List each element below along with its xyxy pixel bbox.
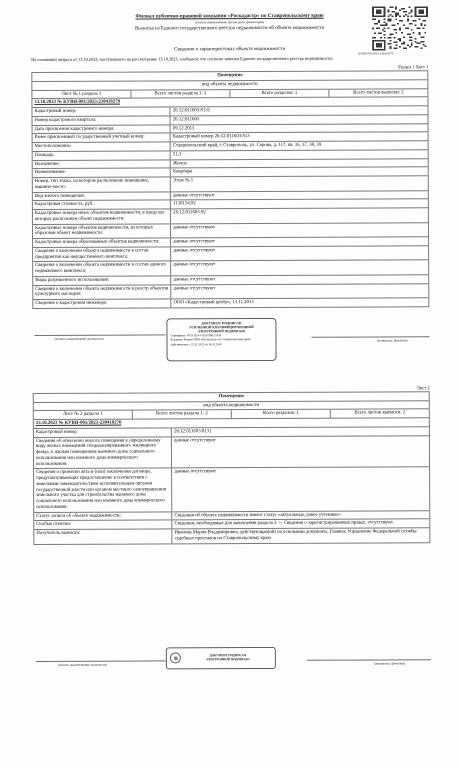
row-label: Кадастровые номера иных объектов недвижи… xyxy=(33,209,171,223)
qr-caption: КУВИ-001/2023-230410270 xyxy=(358,51,428,55)
table-row: Площадь: 51,3 xyxy=(33,149,428,159)
initials-caption: (инициалы, фамилия) xyxy=(377,338,407,342)
table-row: Получатель выписки: Иванова Мария Владим… xyxy=(34,527,429,543)
row-label: Кадастровые номера образованных объектов… xyxy=(33,238,171,246)
initials-caption: (инициалы, фамилия) xyxy=(374,661,404,665)
sheet-info-cell: Всего листов выписки: 2 xyxy=(331,410,429,418)
row-value: 26:12:011603 xyxy=(171,115,428,124)
row-value: Квартира xyxy=(171,168,428,177)
row-label: Площадь: xyxy=(33,151,171,159)
row-label: Особые отметки: xyxy=(34,521,172,529)
row-value: 26:12:011603:8131 xyxy=(171,106,428,115)
row-label: Вид жилого помещения: xyxy=(33,192,171,200)
row-label: Назначение: xyxy=(33,160,171,168)
signature-line-right xyxy=(307,659,431,661)
table-rows: Кадастровый номер: 26:12:011603:8131 Све… xyxy=(34,426,430,543)
coat-of-arms-icon xyxy=(170,652,181,663)
row-label: Кадастровые номера объектов недвижимости… xyxy=(33,224,171,238)
row-value: Иванова Мария Владимировна, действующая(… xyxy=(173,528,430,543)
row-value: данные отсутствуют xyxy=(171,261,428,276)
row-value: 1130154,92 xyxy=(171,200,428,209)
row-label: Кадастровый номер: xyxy=(32,107,170,115)
row-label: Наименование: xyxy=(33,169,171,177)
table-row: Вид жилого помещения: данные отсутствуют xyxy=(33,190,428,200)
table-row: Статус записи об объекте недвижимости: С… xyxy=(34,510,429,520)
position-caption: (полное наименование должности) xyxy=(58,662,107,666)
row-value: Кадастровый номер 26:12:011603:813 xyxy=(171,133,428,142)
row-label: Местоположение: xyxy=(33,142,171,150)
row-value: Этаж № 1 xyxy=(171,176,428,191)
table-row: Номер, тип этажа, на котором расположено… xyxy=(33,175,428,191)
table-row: Наименование: Квартира xyxy=(33,167,428,177)
row-label: Получатель выписки: xyxy=(34,529,172,543)
sheet-info-cell: Всего листов выписки: 2 xyxy=(329,89,427,97)
table-row: Сведения об отнесении жилого помещения к… xyxy=(34,435,429,468)
table-row: Особые отметки: Сведения, необходимые дл… xyxy=(34,519,429,529)
signature-block-1: (полное наименование должности) ДОКУМЕНТ… xyxy=(32,315,429,371)
sheet-info-cell: Лист № 1 раздела 1 xyxy=(32,90,131,98)
table-row: Кадастровые номера иных объектов недвижи… xyxy=(33,207,428,223)
sheet-info-cell: Всего листов раздела 1: 2 xyxy=(133,410,232,418)
row-value: ООО «Кадастровый центр», 13.11.2013 xyxy=(172,298,429,307)
table-row: Сведения о включении объекта недвижимост… xyxy=(33,283,428,299)
row-value: 26:12:011603:92 xyxy=(171,208,428,223)
table-row: Сведения о кадастровом инженере: ООО «Ка… xyxy=(33,297,428,307)
table-row: Местоположение: Ставропольский край, г. … xyxy=(33,140,428,150)
row-value: данные отсутствуют xyxy=(171,223,428,238)
stamp-title-line: ЭЛЕКТРОННОЙ ПОДПИСЬЮ xyxy=(184,658,272,662)
table-row: Ранее присвоенный государственный учетны… xyxy=(33,132,428,142)
sheet-info-row: Лист № 2 раздела 1Всего листов раздела 1… xyxy=(34,409,429,419)
position-caption: (полное наименование должности) xyxy=(54,337,103,341)
row-label: Дата присвоения кадастрового номера: xyxy=(33,125,171,133)
row-value: данные отсутствуют xyxy=(172,436,429,468)
sheet-info-cell: Всего листов раздела 1: 2 xyxy=(131,90,230,98)
row-label: Сведения о кадастровом инженере: xyxy=(33,299,171,307)
row-label: Кадастровая стоимость, руб.: xyxy=(33,201,171,209)
row-label: Сведения о принятии акта и (или) заключе… xyxy=(34,469,172,512)
row-value: данные отсутствуют xyxy=(171,191,428,200)
digital-signature-stamp: ДОКУМЕНТ ПОДПИСАН УСИЛЕННОЙ КВАЛИФИЦИРОВ… xyxy=(166,318,276,361)
digital-signature-stamp: ДОКУМЕНТ ПОДПИСАН ЭЛЕКТРОННОЙ ПОДПИСЬЮ xyxy=(166,647,276,669)
sheet-info-cell: Лист № 2 раздела 1 xyxy=(34,411,133,419)
stamp-text: ДОКУМЕНТ ПОДПИСАН ЭЛЕКТРОННОЙ ПОДПИСЬЮ xyxy=(184,654,272,662)
table-row: Виды разрешенного использования: данные … xyxy=(33,274,428,284)
table-row: Кадастровая стоимость, руб.: 1130154,92 xyxy=(33,199,428,209)
request-basis-line: На основании запроса от 13.10.2023, пост… xyxy=(31,55,428,62)
sheet-info-cell: Всего разделов: 1 xyxy=(232,410,331,418)
row-value: 09.12.2013 xyxy=(171,124,428,133)
table-row: Кадастровый номер: 26:12:011603:8131 xyxy=(34,426,429,436)
row-label: Виды разрешенного использования: xyxy=(33,276,171,284)
row-value: данные отсутствуют xyxy=(171,275,428,284)
document-title: Выписка из Единого государственного реес… xyxy=(31,26,428,34)
row-value: данные отсутствуют xyxy=(171,246,428,261)
sheet-info-row: Лист № 1 раздела 1Всего листов раздела 1… xyxy=(32,88,427,98)
row-label: Сведения о включении объекта недвижимост… xyxy=(33,262,171,276)
row-value: данные отсутствуют xyxy=(171,237,428,246)
row-value: Ставропольский край, г. Ставрополь, ул. … xyxy=(171,141,428,150)
table-row: Сведения о включении объекта недвижимост… xyxy=(33,245,428,261)
row-label: Сведения о включении объекта недвижимост… xyxy=(33,285,171,299)
stamp-validity: Действителен: с 21.11.2022 по 14.02.2024 xyxy=(170,343,272,347)
signature-block-2: (полное наименование должности) ДОКУМЕНТ… xyxy=(34,645,431,681)
row-label: Сведения об отнесении жилого помещения к… xyxy=(34,437,172,468)
row-label: Статус записи об объекте недвижимости: xyxy=(34,512,172,520)
row-label: Ранее присвоенный государственный учетны… xyxy=(33,134,171,142)
row-label: Номер кадастрового квартала: xyxy=(33,116,171,124)
authority-caption: (полное наименование органа регистрации … xyxy=(31,19,428,25)
qr-code xyxy=(372,6,428,50)
sheet-info-cell: Всего разделов: 1 xyxy=(230,89,329,97)
table-row: Кадастровые номера объектов недвижимости… xyxy=(33,222,428,238)
table-row: Сведения о включении объекта недвижимост… xyxy=(33,260,428,276)
page-content: КУВИ-001/2023-230410270 Филиал публично-… xyxy=(31,0,431,681)
row-value: Сведения об объекте недвижимости имеют с… xyxy=(172,511,429,520)
row-label: Номер, тип этажа, на котором расположено… xyxy=(33,177,171,191)
row-label: Сведения о включении объекта недвижимост… xyxy=(33,247,171,261)
row-value: данные отсутствуют xyxy=(172,468,429,511)
row-value: 26:12:011603:8131 xyxy=(172,427,429,436)
table-row: Сведения о принятии акта и (или) заключе… xyxy=(34,467,429,512)
row-value: Сведения, необходимые для заполнения раз… xyxy=(173,520,430,529)
table-row: Кадастровый номер: 26:12:011603:8131 xyxy=(32,105,427,115)
row-value: данные отсутствуют xyxy=(171,284,428,299)
row-value: 51,3 xyxy=(171,150,428,159)
scanned-document-page: КУВИ-001/2023-230410270 Филиал публично-… xyxy=(0,0,460,767)
table-row: Назначение: Жилое xyxy=(33,158,428,168)
table-row: Номер кадастрового квартала: 26:12:01160… xyxy=(33,114,428,124)
row-value: Жилое xyxy=(171,159,428,168)
table-row: Кадастровые номера образованных объектов… xyxy=(33,236,428,246)
table-rows: Кадастровый номер: 26:12:011603:8131 Ном… xyxy=(32,105,428,307)
signature-line-right xyxy=(311,336,429,338)
row-label: Кадастровый номер: xyxy=(34,428,172,436)
table-row: Дата присвоения кадастрового номера: 09.… xyxy=(33,123,428,133)
characteristics-table-sheet-2: Помещение вид объекта недвижимости Лист … xyxy=(33,391,431,544)
characteristics-table-sheet-1: Помещение вид объекта недвижимости Лист … xyxy=(31,70,429,308)
